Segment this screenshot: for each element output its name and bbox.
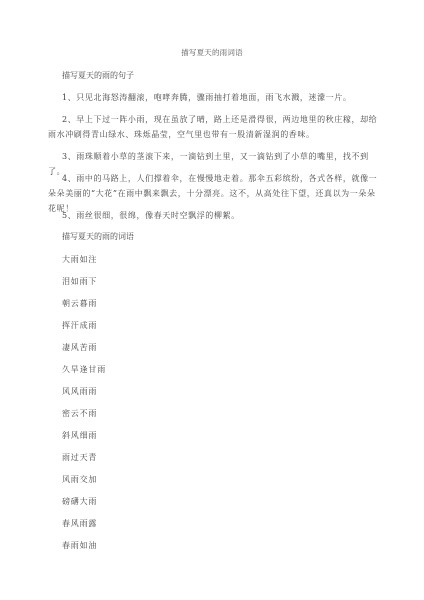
word-item: 风雨交加 [62, 474, 97, 485]
word-item: 凄风苦雨 [62, 342, 97, 353]
sentence-1: 1、只见北海怒涛翻滚，咆哮奔腾，骤雨抽打着地面，雨飞水溅，迷濛一片。 [48, 90, 378, 105]
section-heading-words: 描写夏天的雨的词语 [62, 231, 134, 242]
word-item: 春风雨露 [62, 518, 97, 529]
word-item: 密云不雨 [62, 408, 97, 419]
word-item: 磅礴大雨 [62, 496, 97, 507]
sentence-2: 2、早上下过一阵小雨，现在虽放了晴，路上还是滑得很，两边地里的秋庄稼，却给 雨水… [48, 112, 378, 142]
word-item: 斜风细雨 [62, 430, 97, 441]
word-item: 大雨如注 [62, 254, 97, 265]
section-heading-sentences: 描写夏天的雨的句子 [62, 70, 134, 81]
word-item: 风风雨雨 [62, 386, 97, 397]
word-item: 挥汗成雨 [62, 320, 97, 331]
sentence-5: 5、雨丝很细，很绵，像春天时空飘浮的柳絮。 [48, 208, 378, 223]
word-item: 久旱逢甘雨 [62, 364, 106, 375]
word-item: 泪如雨下 [62, 276, 97, 287]
word-item: 雨过天青 [62, 452, 97, 463]
document-page: 描写夏天的雨词语 描写夏天的雨的句子 1、只见北海怒涛翻滚，咆哮奔腾，骤雨抽打着… [0, 0, 424, 600]
document-title: 描写夏天的雨词语 [0, 47, 424, 58]
word-item: 朝云暮雨 [62, 298, 97, 309]
word-item: 春雨如油 [62, 540, 97, 551]
